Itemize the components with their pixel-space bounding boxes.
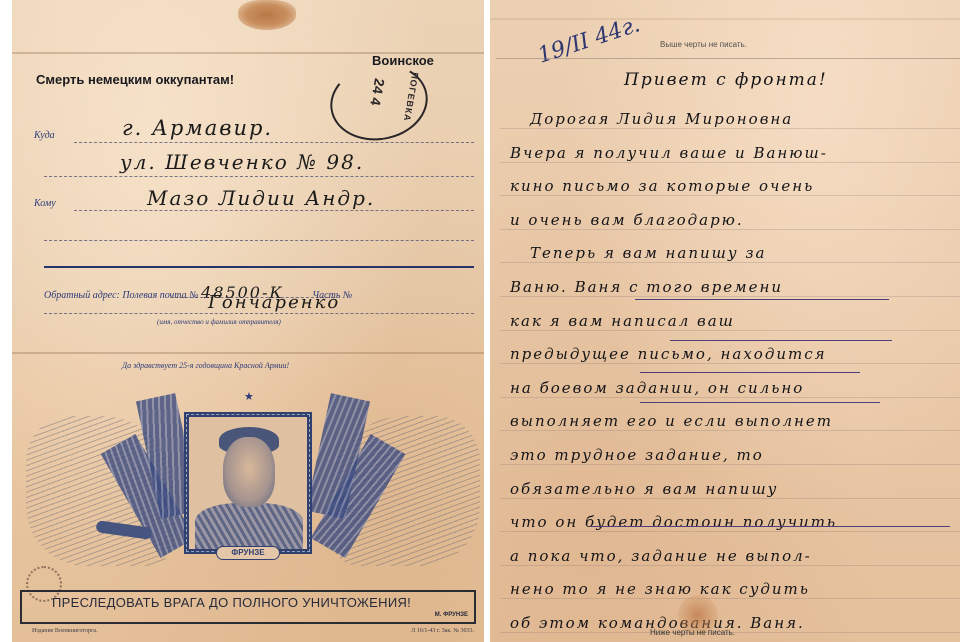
letter-title: Привет с фронта!: [624, 70, 828, 90]
pen-underline: [670, 340, 892, 341]
illustration-panel: Да здравствует 25-я годовщина Красной Ар…: [12, 356, 484, 642]
letter-line: что он будет достоин получить: [510, 513, 837, 531]
to-where-city: г. Армавир.: [122, 116, 273, 140]
ruled-line: [500, 162, 960, 163]
fold-line: [490, 18, 960, 20]
ruled-line: [500, 565, 960, 566]
letter-line: кино письмо за которые очень: [510, 177, 814, 195]
ruled-line: [500, 598, 960, 599]
letter-line: нено то я не знаю как судить: [510, 580, 810, 598]
ruled-line: [500, 229, 960, 230]
star-icon: ★: [244, 390, 254, 403]
letter-line: Дорогая Лидия Мироновна: [530, 110, 793, 128]
separator-line: [44, 266, 474, 268]
letter-line: обязательно я вам напишу: [510, 480, 778, 498]
ruled-line: [500, 397, 960, 398]
letter-line: а пока что, задание не выпол-: [510, 547, 812, 565]
publisher-imprint: Издание Военкниготорга.: [32, 628, 98, 634]
letter-sheet: 19/II 44г. Выше черты не писать. Привет …: [490, 0, 960, 642]
ruled-line: [500, 262, 960, 263]
return-address-text: Обратный адрес: Полевая почта №: [44, 290, 199, 301]
portrait-body: [195, 503, 303, 549]
address-line: [44, 240, 474, 241]
ruled-line: [500, 128, 960, 129]
letter-line: это трудное задание, то: [510, 446, 764, 464]
street-address: ул. Шевченко № 98.: [120, 150, 364, 174]
letter-line: Вчера я получил ваше и Ванюш-: [510, 144, 828, 162]
to-whom-label: Кому: [34, 198, 56, 209]
ruled-line: [500, 430, 960, 431]
bottom-slogan: ПРЕСЛЕДОВАТЬ ВРАГА ДО ПОЛНОГО УНИЧТОЖЕНИ…: [52, 595, 411, 610]
letter-line: на боевом задании, он сильно: [510, 379, 804, 397]
letter-line: выполняет его и если выполнет: [510, 412, 833, 430]
ruled-line: [500, 531, 960, 532]
address-line: [74, 210, 474, 211]
letter-line: как я вам написал ваш: [510, 312, 735, 330]
ruled-line: [500, 330, 960, 331]
wax-stain: [238, 0, 296, 30]
sender-caption: (имя, отчество и фамилия отправителя): [157, 318, 281, 326]
top-slogan: Смерть немецким оккупантам!: [36, 72, 234, 87]
letter-line: предыдущее письмо, находится: [510, 345, 827, 363]
ruled-line: [500, 363, 960, 364]
portrait-name-plate: ФРУНЗЕ: [216, 546, 280, 560]
address-line: [74, 142, 474, 143]
letter-line: Ваню. Ваня с того времени: [510, 278, 783, 296]
letter-line: Теперь я вам напишу за: [530, 244, 766, 262]
address-line: [44, 176, 474, 177]
to-where-label: Куда: [34, 130, 55, 141]
pen-underline: [640, 402, 880, 403]
below-line-note: Ниже черты не писать.: [650, 628, 735, 637]
letter-line: и очень вам благодарю.: [510, 211, 744, 229]
bottom-slogan-box: ПРЕСЛЕДОВАТЬ ВРАГА ДО ПОЛНОГО УНИЧТОЖЕНИ…: [20, 590, 476, 624]
portrait-frame: [184, 412, 312, 554]
handwritten-date: 19/II 44г.: [535, 12, 643, 68]
fold-line: [12, 352, 484, 354]
anniversary-greeting: Да здравствует 25-я годовщина Красной Ар…: [122, 361, 289, 370]
portrait-face: [223, 437, 275, 507]
recipient-name: Мазо Лидии Андр.: [147, 186, 375, 210]
pen-underline: [640, 372, 860, 373]
ruled-line: [500, 498, 960, 499]
pen-underline: [590, 526, 950, 527]
ruled-line: [500, 296, 960, 297]
slogan-author: М. ФРУНЗЕ: [435, 612, 468, 618]
top-rule: [496, 58, 960, 59]
print-info: Л 16/1-43 г. Зак. № 3033.: [411, 628, 474, 634]
pen-underline: [635, 299, 889, 300]
envelope-front: Воинское Смерть немецким оккупантам! 24 …: [12, 0, 484, 642]
sender-line: [44, 313, 474, 314]
ruled-line: [500, 195, 960, 196]
sender-name: Гончаренко: [208, 292, 340, 313]
ruled-line: [500, 464, 960, 465]
above-line-note: Выше черты не писать.: [660, 40, 747, 49]
